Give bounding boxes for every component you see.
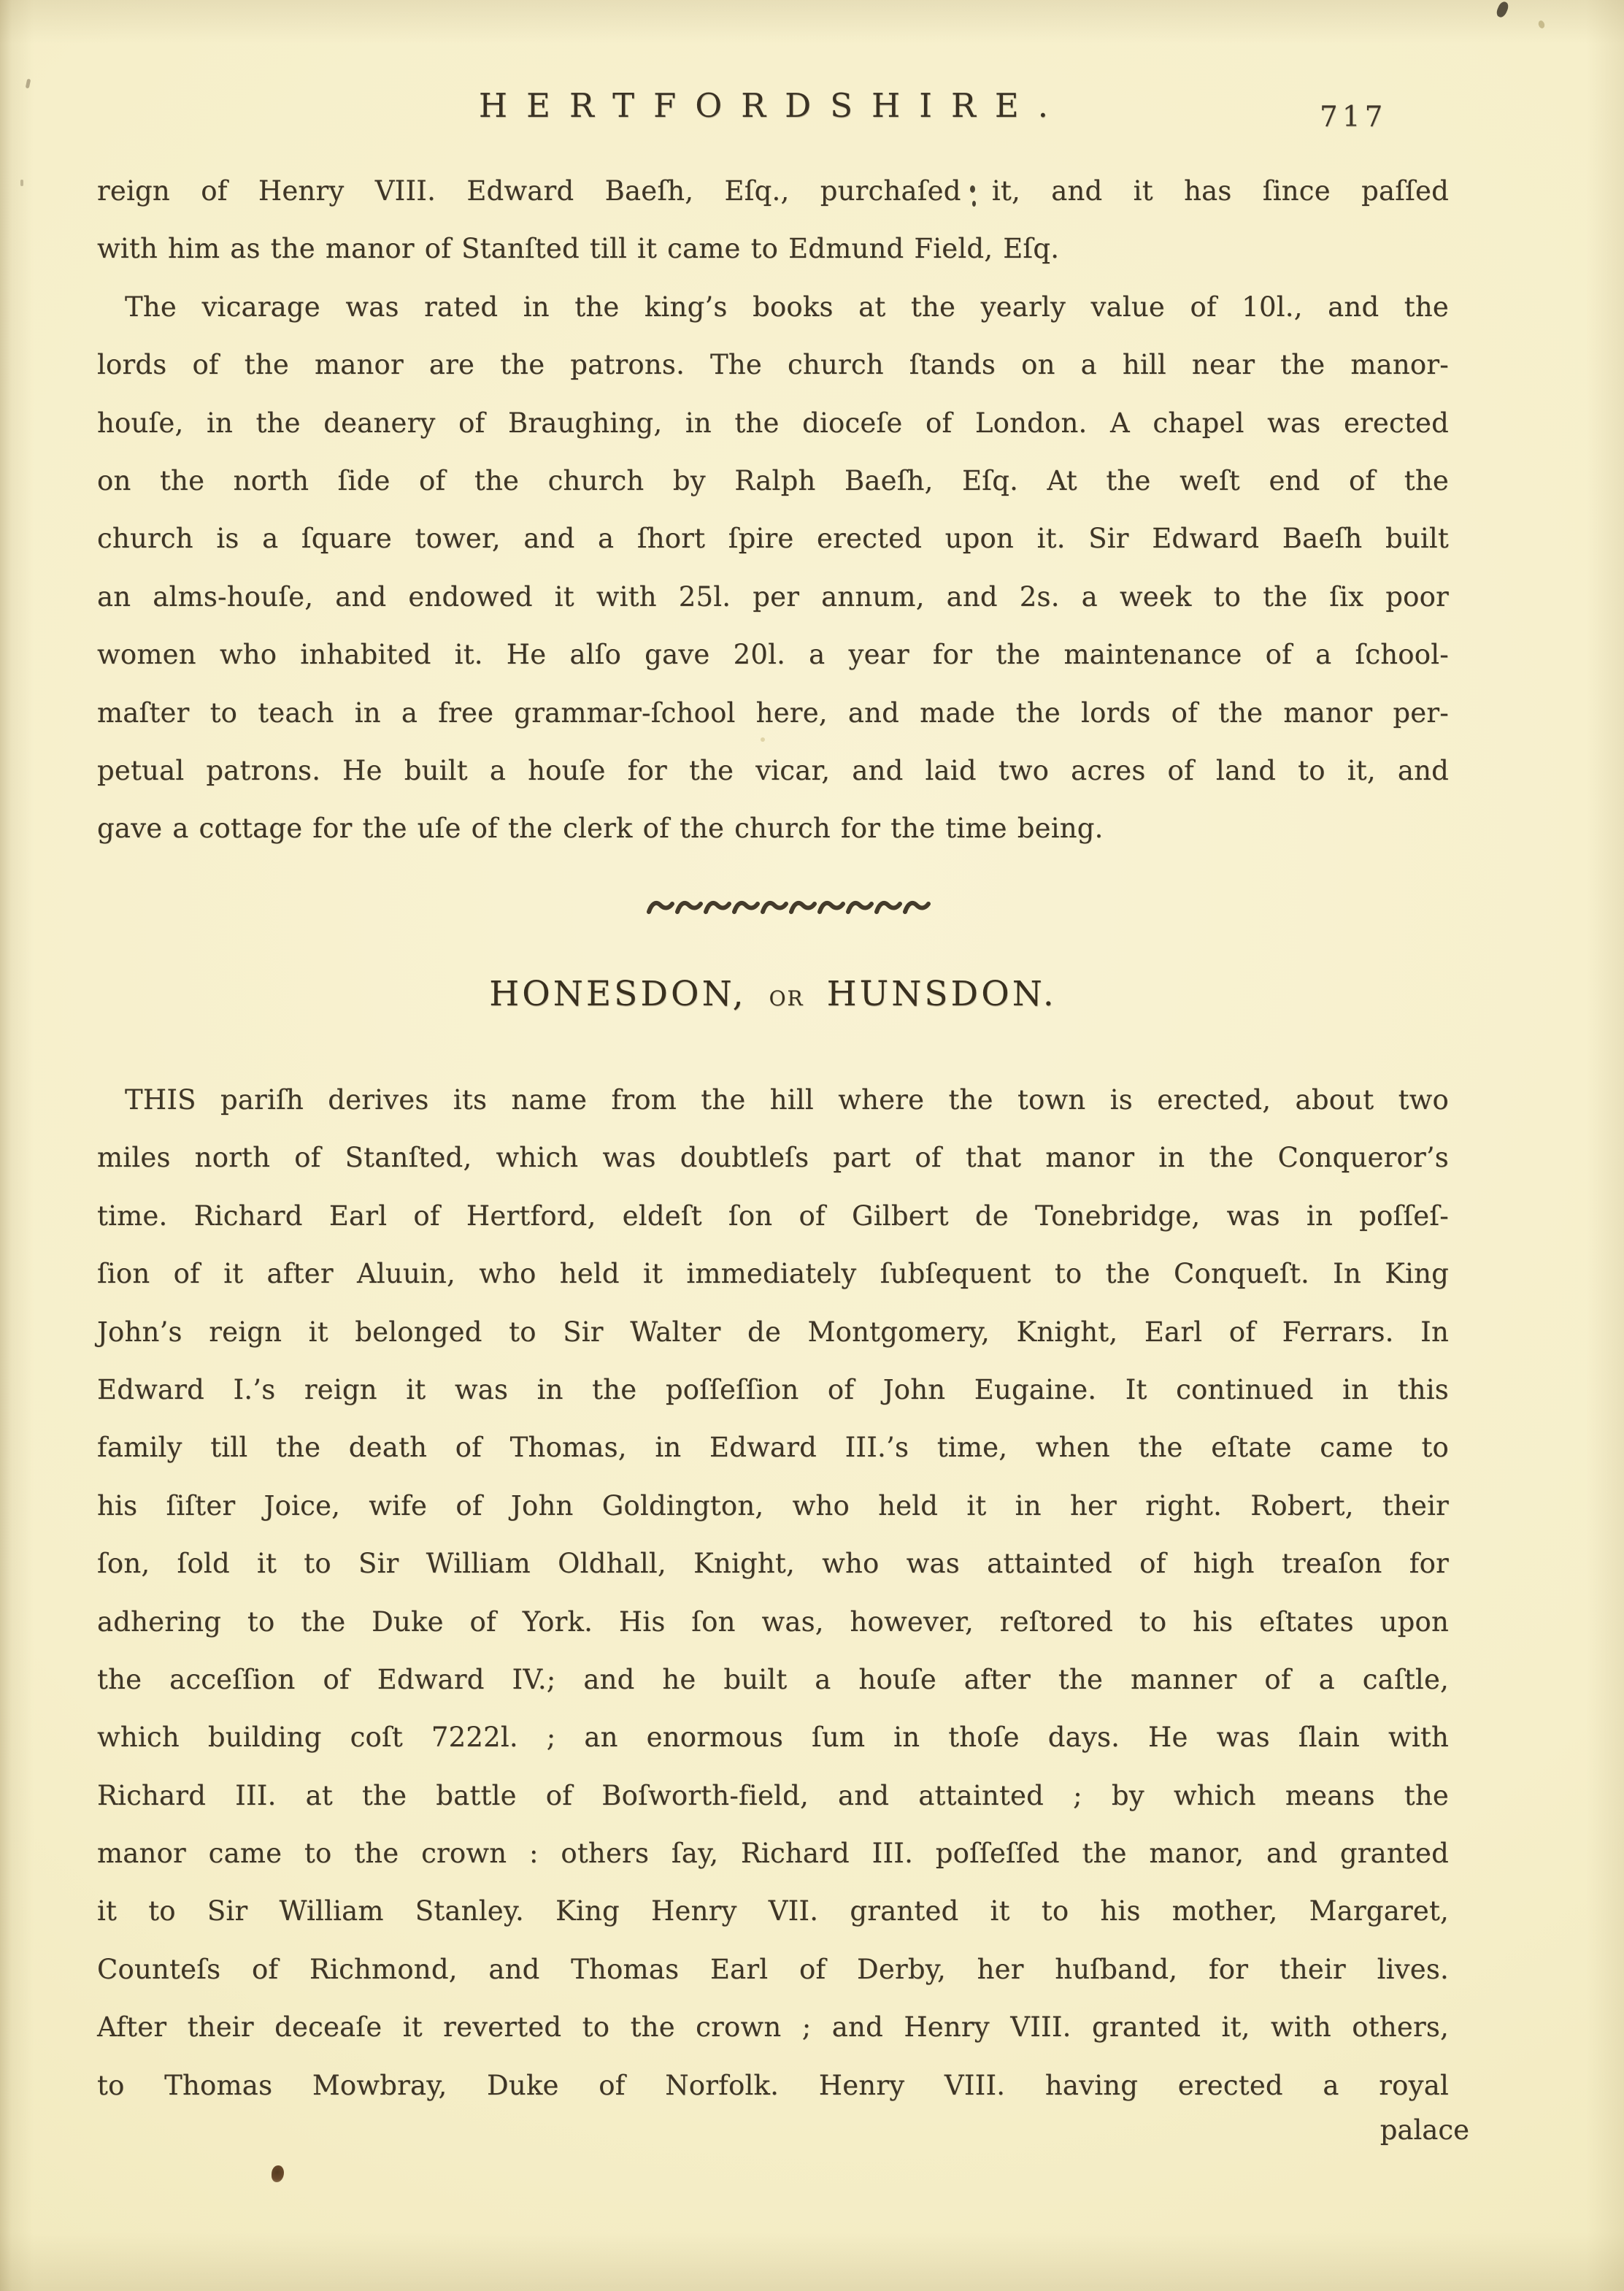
- text-line: manor came to the crown : others ſay, Ri…: [97, 1824, 1449, 1882]
- text-line: Counteſs of Richmond, and Thomas Earl of…: [97, 1941, 1449, 1998]
- text-line: The vicarage was rated in the king’s boo…: [97, 278, 1449, 336]
- ink-mark: [26, 79, 31, 89]
- text-line: lords of the manor are the patrons. The …: [97, 336, 1449, 394]
- section-heading-or: or: [769, 979, 804, 1013]
- text-line: women who inhabited it. He alſo gave 20l…: [97, 626, 1449, 683]
- ink-mark: [1495, 0, 1510, 18]
- paper-fleck: [1537, 20, 1545, 29]
- text-line: church is a ſquare tower, and a ſhort ſp…: [97, 510, 1449, 567]
- paragraph-stansted: reign of Henry VIII. Edward Baeſh, Eſq.,…: [97, 162, 1449, 858]
- catchword: palace: [97, 2101, 1469, 2159]
- text-line: gave a cottage for the uſe of the clerk …: [97, 799, 1449, 857]
- section-heading-main2: HUNSDON.: [827, 974, 1057, 1014]
- text-line: petual patrons. He built a houſe for the…: [97, 742, 1449, 799]
- paragraph-hunsdon: THIS pariſh derives its name from the hi…: [97, 1071, 1449, 2114]
- ink-mark: [20, 180, 23, 186]
- text-line: the acceſſion of Edward IV.; and he buil…: [97, 1651, 1449, 1708]
- running-title: HERTFORDSHIRE.: [97, 86, 1449, 125]
- text-line: Edward I.’s reign it was in the poſſeſſi…: [97, 1361, 1449, 1419]
- ink-mark: [970, 185, 975, 193]
- text-line: an alms-houſe, and endowed it with 25l. …: [97, 568, 1449, 626]
- text-line: Richard III. at the battle of Boſworth-f…: [97, 1767, 1449, 1824]
- book-page-scan: HERTFORDSHIRE. 717 reign of Henry VIII. …: [0, 0, 1624, 2291]
- section-heading: HONESDON, or HUNSDON.: [97, 965, 1449, 1024]
- text-line: reign of Henry VIII. Edward Baeſh, Eſq.,…: [97, 162, 1449, 220]
- ink-blot: [272, 2165, 284, 2182]
- squiggle-divider-icon: [646, 897, 932, 919]
- text-line: which building coſt 7222l. ; an enormous…: [97, 1708, 1449, 1766]
- text-line: THIS pariſh derives its name from the hi…: [97, 1071, 1449, 1129]
- text-line: time. Richard Earl of Hertford, eldeſt ſ…: [97, 1187, 1449, 1245]
- text-line: After their deceaſe it reverted to the c…: [97, 1998, 1449, 2056]
- text-line: houſe, in the deanery of Braughing, in t…: [97, 394, 1449, 452]
- page-number: 717: [1320, 101, 1387, 134]
- text-line: miles north of Stanſted, which was doubt…: [97, 1129, 1449, 1186]
- text-line: maſter to teach in a free grammar-ſchool…: [97, 684, 1449, 742]
- text-line: ſon, ſold it to Sir William Oldhall, Kni…: [97, 1535, 1449, 1592]
- text-line: with him as the manor of Stanſted till i…: [97, 220, 1449, 277]
- text-line: it to Sir William Stanley. King Henry VI…: [97, 1882, 1449, 1940]
- text-line: ſion of it after Aluuin, who held it imm…: [97, 1245, 1449, 1302]
- text-line: John’s reign it belonged to Sir Walter d…: [97, 1303, 1449, 1361]
- text-line: adhering to the Duke of York. His ſon wa…: [97, 1593, 1449, 1651]
- text-line: family till the death of Thomas, in Edwa…: [97, 1419, 1449, 1476]
- text-line: on the north ſide of the church by Ralph…: [97, 452, 1449, 510]
- text-line: his ſiſter Joice, wife of John Goldingto…: [97, 1477, 1449, 1535]
- paper-fleck: [761, 737, 765, 742]
- section-heading-main1: HONESDON,: [489, 974, 746, 1014]
